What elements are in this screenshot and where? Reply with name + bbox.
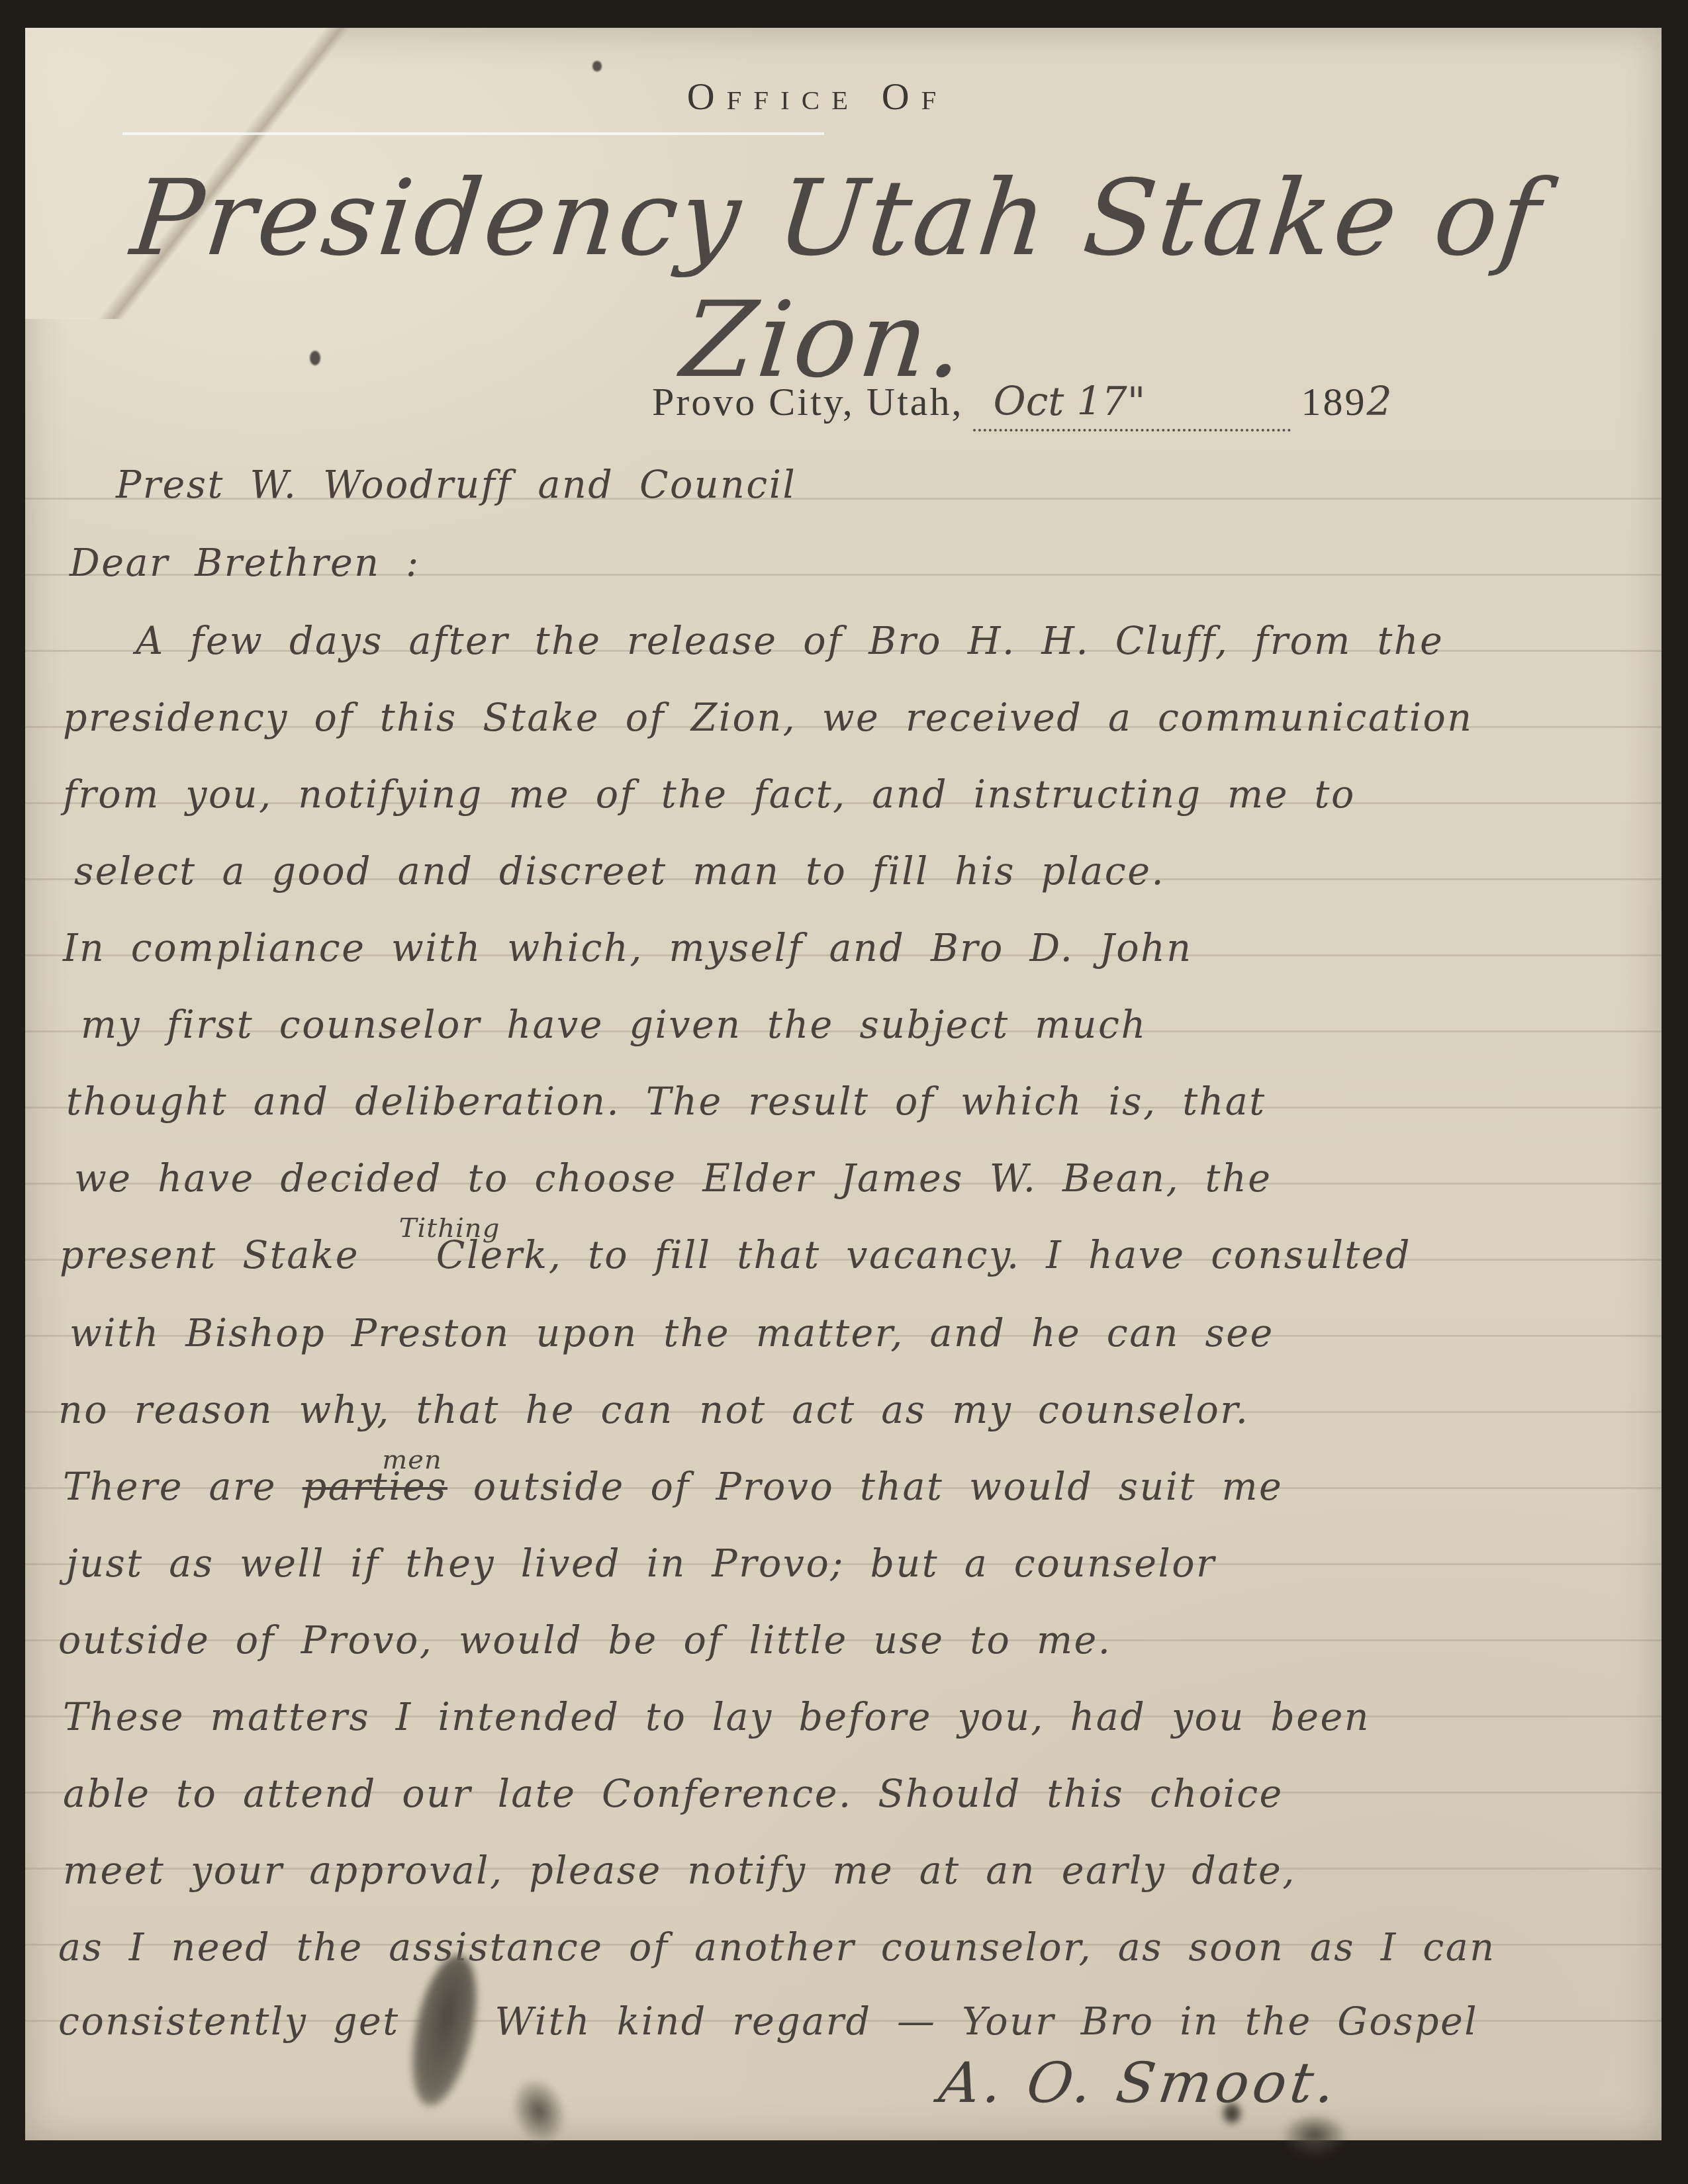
body-line: meet your approval, please notify me at … [63, 1849, 1296, 1893]
parties-line-before: There are [63, 1465, 277, 1509]
body-line: A few days after the release of Bro H. H… [136, 619, 1444, 663]
body-line: we have decided to choose Elder James W.… [74, 1157, 1272, 1201]
scan-artifact-line [122, 132, 824, 135]
body-line: my first counselor have given the subjec… [81, 1003, 1147, 1047]
body-line-with-insertion: present Stake Tithing Clerk, to fill tha… [60, 1234, 1411, 1277]
signature: A. O. Smoot. [935, 2050, 1343, 2115]
clerk-line-before: present Stake [60, 1234, 359, 1277]
ink-blot [1223, 2103, 1241, 2123]
body-line: consistently get it. With kind regard — … [58, 2000, 1478, 2044]
ink-blot [1284, 2115, 1345, 2156]
recipient-line: Prest W. Woodruff and Council [116, 463, 796, 507]
inserted-word-men: men [382, 1445, 442, 1475]
dateline-year-printed: 189 [1301, 380, 1366, 424]
body-line: outside of Provo, would be of little use… [58, 1619, 1111, 1662]
body-line: no reason why, that he can not act as my… [58, 1388, 1249, 1432]
dateline-year-handwritten: 2 [1366, 379, 1391, 425]
body-line: as I need the assistance of another coun… [58, 1926, 1495, 1970]
parties-line-after: outside of Provo that would suit me [473, 1465, 1284, 1509]
letterhead-title: Presidency Utah Stake of Zion. [0, 158, 1674, 401]
body-line: These matters I intended to lay before y… [63, 1696, 1370, 1739]
insertion-host: menparties [303, 1465, 447, 1509]
insertion-host: Tithing [385, 1234, 411, 1277]
body-line: able to attend our late Conference. Shou… [63, 1772, 1284, 1816]
body-line: In compliance with which, myself and Bro… [63, 927, 1192, 970]
dateline-date-handwritten: Oct 17" [973, 379, 1291, 432]
body-line: select a good and discreet man to fill h… [74, 850, 1165, 893]
body-line: with Bishop Preston upon the matter, and… [70, 1312, 1274, 1355]
ink-speck [592, 61, 602, 71]
inserted-word-tithing: Tithing [399, 1213, 500, 1244]
dateline-place: Provo City, Utah, [652, 380, 963, 424]
dateline: Provo City, Utah, Oct 17" 1892 [652, 379, 1392, 432]
salutation-line: Dear Brethren : [70, 541, 420, 585]
body-line-with-strikeout: There are menparties outside of Provo th… [63, 1465, 1283, 1509]
body-line: thought and deliberation. The result of … [66, 1080, 1266, 1124]
body-line: just as well if they lived in Provo; but… [66, 1542, 1216, 1586]
clerk-line-after: Clerk, to fill that vacancy. I have cons… [436, 1234, 1411, 1277]
body-line: from you, notifying me of the fact, and … [63, 773, 1356, 817]
letterhead-office-of: Office Of [0, 74, 1635, 118]
scanned-letter-page: { "colors": { "paper": "#ddd3c2", "ink":… [0, 0, 1688, 2184]
body-line: presidency of this Stake of Zion, we rec… [63, 696, 1474, 740]
